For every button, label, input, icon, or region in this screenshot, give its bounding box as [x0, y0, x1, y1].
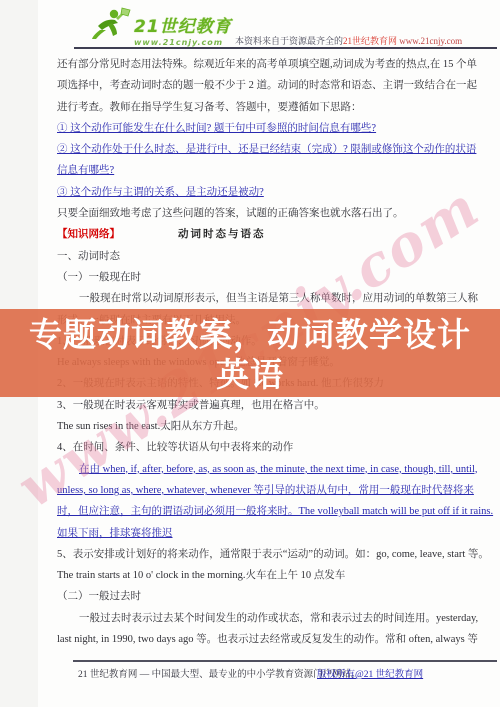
doc-text-line: The train starts at 10 o' clock in the m…	[57, 565, 482, 586]
footer-divider	[73, 660, 497, 662]
doc-link-line[interactable]: 在由 when, if, after, before, as, as soon …	[57, 459, 482, 480]
doc-text-line: （二）一般过去时	[57, 586, 482, 607]
document-page: 21世纪教育 www.21cnjy.com 本资料来自于资源最齐全的21世纪教育…	[0, 0, 500, 707]
overlay-title-line1: 专题动词教案，动词教学设计	[29, 315, 471, 355]
running-man-icon	[90, 6, 132, 44]
overlay-title-line2: 英语	[216, 355, 284, 395]
doc-link-line[interactable]: 时，但应注意，主句的谓语动词必须用一般将来时。The volleyball ma…	[57, 501, 482, 522]
knowledge-network-label: 【知识网络】	[57, 229, 120, 240]
doc-link-line[interactable]: ① 这个动作可能发生在什么时间? 题干句中可参照的时间信息有哪些?	[57, 118, 482, 139]
doc-link-line[interactable]: ③ 这个动作与主谓的关系、是主动还是被动?	[57, 182, 482, 203]
doc-text-line: 进行考查。教师在指导学生复习备考、答题中，要遵循如下思路：	[57, 97, 482, 118]
doc-text-line: 还有部分常见时态用法特殊。综观近年来的高考单项填空题,动词成为考查的热点,在 1…	[57, 54, 482, 75]
doc-text-line: The sun rises in the east.太阳从东方升起。	[57, 416, 482, 437]
tagline-url: www.21cnjy.com	[397, 36, 462, 46]
doc-text-line: last night, in 1990, two days ago 等。也表示过…	[57, 629, 482, 650]
brand-name: 21世纪教育	[134, 12, 232, 37]
footer-copyright-link[interactable]: 版权所有@21 世纪教育网	[317, 666, 423, 680]
doc-text-line: 只要全面细致地考虑了这些问题的答案，试题的正确答案也就水落石出了。	[57, 203, 482, 224]
doc-text-line: （一）一般现在时	[57, 267, 482, 288]
section-title: 动词时态与语态	[178, 229, 266, 240]
header-tagline: 本资料来自于资源最齐全的21世纪教育网 www.21cnjy.com	[235, 34, 462, 47]
brand-url: www.21cnjy.com	[134, 38, 232, 47]
doc-text-line: 一、动词时态	[57, 246, 482, 267]
doc-text-line: 3、一般现在时表示客观事实或普遍真理，也用在格言中。	[57, 395, 482, 416]
brand-block: 21世纪教育 www.21cnjy.com	[134, 12, 232, 47]
doc-text-line: 一般现在时常以动词原形表示，但当主语是第三人称单数时，应用动词的单数第三人称	[57, 288, 482, 309]
site-logo: 21世纪教育 www.21cnjy.com	[90, 6, 232, 47]
title-overlay-banner: 专题动词教案，动词教学设计 英语	[0, 309, 500, 397]
doc-text-line: 4、在时间、条件、比较等状语从句中表将来的动作	[57, 437, 482, 458]
doc-text-line: 5、表示安排或计划好的将来动作，通常限于表示“运动”的动词。如：go, come…	[57, 544, 482, 565]
doc-text-line: 一般过去时表示过去某个时间发生的动作或状态，常和表示过去的时间连用。yester…	[57, 608, 482, 629]
doc-link-line[interactable]: 如果下雨，排球赛将推迟	[57, 523, 482, 544]
doc-text-line: 【知识网络】动词时态与语态	[57, 224, 482, 245]
doc-link-line[interactable]: 信息有哪些?	[57, 160, 482, 181]
tagline-site-name: 21世纪教育网	[343, 36, 397, 46]
doc-text-line: 项选择中，考查动词时态的题一般不少于 2 道。动词的时态常和语态、主谓一致结合在…	[57, 75, 482, 96]
tagline-prefix: 本资料来自于资源最齐全的	[235, 36, 343, 46]
header-divider	[74, 47, 497, 49]
doc-link-line[interactable]: unless, so long as, where, whatever, whe…	[57, 480, 482, 501]
doc-link-line[interactable]: ② 这个动作处于什么时态、是进行中、还是已经结束（完成）? 限制或修饰这个动作的…	[57, 139, 482, 160]
site-header: 21世纪教育 www.21cnjy.com 本资料来自于资源最齐全的21世纪教育…	[0, 0, 500, 50]
